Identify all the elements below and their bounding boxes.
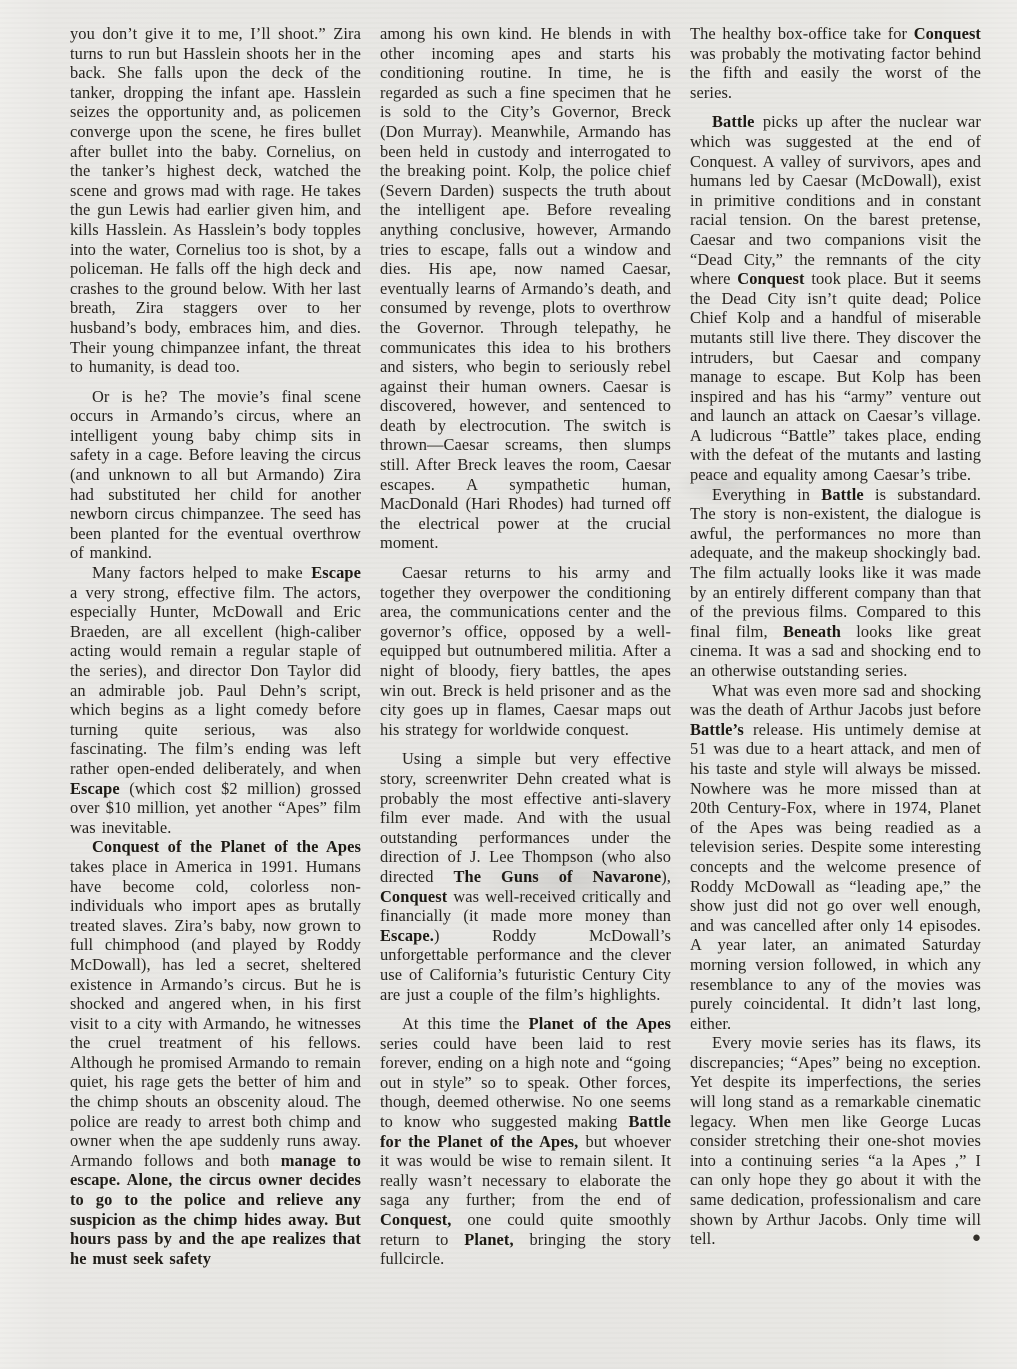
movie-title-bold: Escape xyxy=(70,779,120,798)
text-run: ), xyxy=(661,867,671,886)
text-run: Caesar returns to his army and together … xyxy=(380,563,671,739)
text-run: Many factors helped to make xyxy=(92,563,311,582)
text-run: you don’t give it to me, I’ll shoot.” Zi… xyxy=(70,24,361,376)
scanned-magazine-page: you don’t give it to me, I’ll shoot.” Zi… xyxy=(0,0,1017,1369)
article-columns: you don’t give it to me, I’ll shoot.” Zi… xyxy=(70,24,983,1359)
paragraph: Many factors helped to make Escape a ver… xyxy=(70,563,361,837)
movie-title-bold: Conquest of the Planet of the Apes xyxy=(92,837,361,856)
movie-title-bold: Planet, xyxy=(464,1230,513,1249)
text-run: among his own kind. He blends in with ot… xyxy=(380,24,671,552)
paragraph: At this time the Planet of the Apes seri… xyxy=(380,1014,671,1269)
text-run: takes place in America in 1991. Humans h… xyxy=(70,857,361,1170)
paragraph: Using a simple but very effective story,… xyxy=(380,749,671,1004)
paragraph: Conquest of the Planet of the Apes takes… xyxy=(70,837,361,1268)
text-run: At this time the xyxy=(402,1014,529,1033)
movie-title-bold: Conquest xyxy=(737,269,804,288)
movie-title-bold: Conquest xyxy=(914,24,981,43)
column-2: among his own kind. He blends in with ot… xyxy=(380,24,671,1359)
end-of-article-mark: ● xyxy=(950,1229,981,1249)
movie-title-bold: Battle xyxy=(712,112,754,131)
paragraph: among his own kind. He blends in with ot… xyxy=(380,24,671,553)
text-run: is substandard. The story is non-existen… xyxy=(690,485,981,641)
text-run: picks up after the nuclear war which was… xyxy=(690,112,981,288)
text-run: a very strong, effective film. The actor… xyxy=(70,583,361,778)
movie-title-bold: The Guns of Navarone xyxy=(454,867,662,886)
paragraph: Or is he? The movie’s final scene occurs… xyxy=(70,387,361,563)
text-run: Every movie series has its flaws, its di… xyxy=(690,1033,981,1248)
paragraph: Every movie series has its flaws, its di… xyxy=(690,1033,981,1249)
movie-title-bold: Battle’s xyxy=(690,720,744,739)
text-run: The healthy box-office take for xyxy=(690,24,914,43)
text-run: What was even more sad and shocking was … xyxy=(690,681,981,720)
text-run: Or is he? The movie’s final scene occurs… xyxy=(70,387,361,563)
paragraph: What was even more sad and shocking was … xyxy=(690,681,981,1034)
text-run: was probably the motivating factor behin… xyxy=(690,44,981,102)
text-run: Using a simple but very effective story,… xyxy=(380,749,671,886)
paragraph: you don’t give it to me, I’ll shoot.” Zi… xyxy=(70,24,361,377)
paragraph: Everything in Battle is substandard. The… xyxy=(690,485,981,681)
text-run: took place. But it seems the Dead City i… xyxy=(690,269,981,484)
text-run: Everything in xyxy=(712,485,821,504)
movie-title-bold: Battle xyxy=(821,485,863,504)
paragraph: Caesar returns to his army and together … xyxy=(380,563,671,739)
paragraph: The healthy box-office take for Conquest… xyxy=(690,24,981,102)
text-run: release. His untimely demise at 51 was d… xyxy=(690,720,981,1033)
movie-title-bold: Planet of the Apes xyxy=(529,1014,671,1033)
paragraph: Battle picks up after the nuclear war wh… xyxy=(690,112,981,484)
movie-title-bold: Conquest xyxy=(380,887,447,906)
movie-title-bold: Escape. xyxy=(380,926,434,945)
text-run: series could have been laid to rest fore… xyxy=(380,1034,671,1131)
column-1: you don’t give it to me, I’ll shoot.” Zi… xyxy=(70,24,361,1359)
movie-title-bold: Beneath xyxy=(783,622,841,641)
column-3: The healthy box-office take for Conquest… xyxy=(690,24,981,1359)
movie-title-bold: Escape xyxy=(311,563,361,582)
movie-title-bold: Conquest, xyxy=(380,1210,452,1229)
